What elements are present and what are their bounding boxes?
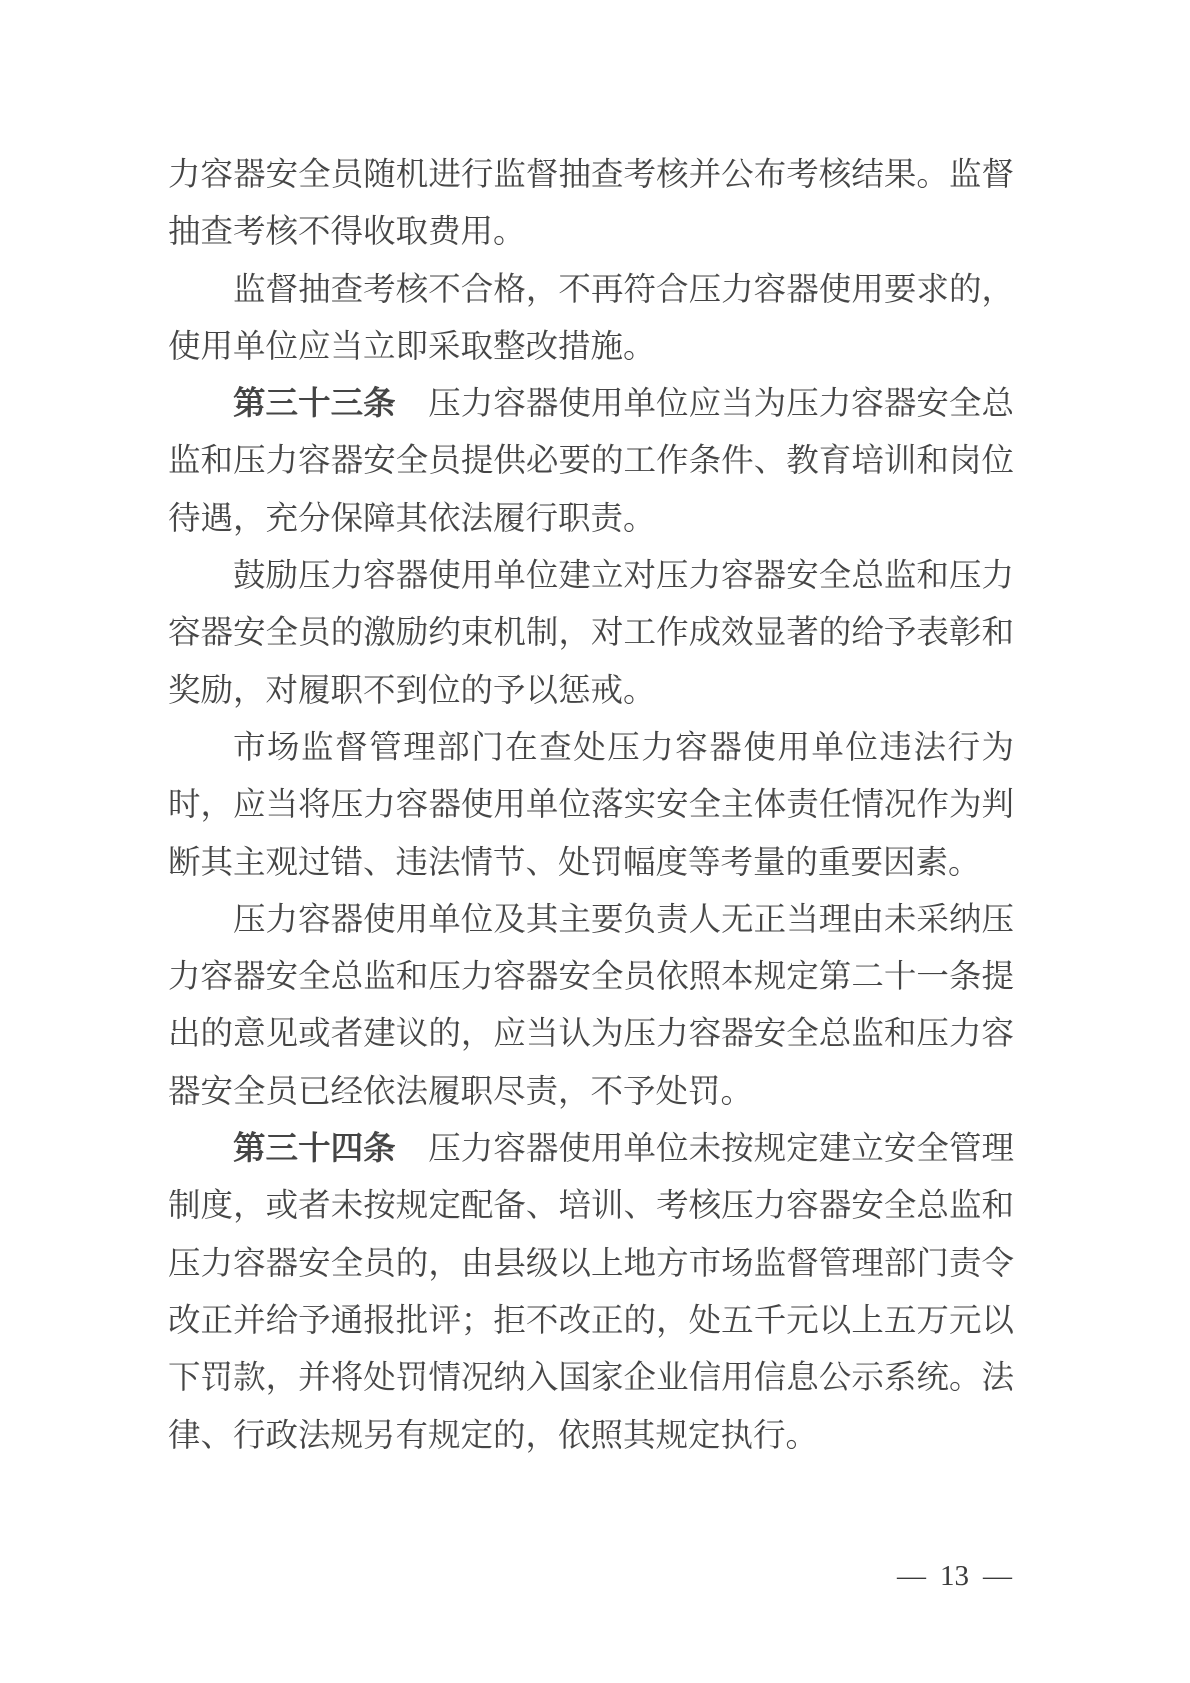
page-footer: — 13 — [897,1558,1012,1594]
paragraph: 第三十三条压力容器使用单位应当为压力容器安全总监和压力容器安全员提供必要的工作条… [168,376,1014,548]
paragraph: 市场监督管理部门在查处压力容器使用单位违法行为时，应当将压力容器使用单位落实安全… [168,720,1014,892]
paragraph: 力容器安全员随机进行监督抽查考核并公布考核结果。监督抽查考核不得收取费用。 [168,147,1014,262]
footer-dash-right: — [983,1558,1012,1594]
article-number: 第三十四条 [233,1131,396,1167]
article-number: 第三十三条 [233,386,396,422]
document-body: 力容器安全员随机进行监督抽查考核并公布考核结果。监督抽查考核不得收取费用。 监督… [168,147,1014,1465]
paragraph: 监督抽查考核不合格，不再符合压力容器使用要求的，使用单位应当立即采取整改措施。 [168,262,1014,377]
page-number: 13 [940,1558,969,1594]
footer-dash-left: — [897,1558,926,1594]
paragraph-text: 市场监督管理部门在查处压力容器使用单位违法行为时，应当将压力容器使用单位落实安全… [168,730,1014,881]
paragraph-text: 压力容器使用单位及其主要负责人无正当理由未采纳压力容器安全总监和压力容器安全员依… [168,902,1014,1110]
paragraph-text: 力容器安全员随机进行监督抽查考核并公布考核结果。监督抽查考核不得收取费用。 [168,157,1014,250]
paragraph-text: 鼓励压力容器使用单位建立对压力容器安全总监和压力容器安全员的激励约束机制，对工作… [168,558,1014,709]
paragraph: 压力容器使用单位及其主要负责人无正当理由未采纳压力容器安全总监和压力容器安全员依… [168,892,1014,1121]
paragraph-text: 压力容器使用单位未按规定建立安全管理制度，或者未按规定配备、培训、考核压力容器安… [168,1131,1014,1453]
document-page: 力容器安全员随机进行监督抽查考核并公布考核结果。监督抽查考核不得收取费用。 监督… [0,0,1190,1683]
paragraph: 第三十四条压力容器使用单位未按规定建立安全管理制度，或者未按规定配备、培训、考核… [168,1121,1014,1465]
paragraph: 鼓励压力容器使用单位建立对压力容器安全总监和压力容器安全员的激励约束机制，对工作… [168,548,1014,720]
paragraph-text: 监督抽查考核不合格，不再符合压力容器使用要求的，使用单位应当立即采取整改措施。 [168,272,1014,365]
